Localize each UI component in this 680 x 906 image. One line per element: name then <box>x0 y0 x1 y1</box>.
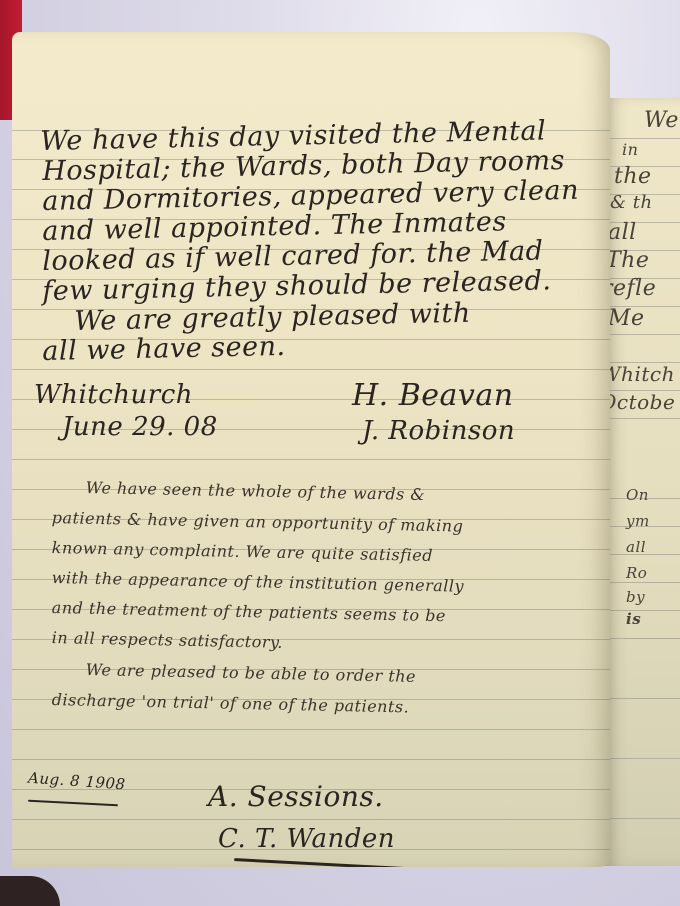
entry-2-line: patients & have given an opportunity of … <box>52 508 464 536</box>
facing-fragment: ym <box>626 512 650 530</box>
facing-fragment: Ro <box>626 564 647 582</box>
facing-page: We in the & th all The refle Me Whitch O… <box>604 98 680 866</box>
signature-j-robinson: J. Robinson <box>362 416 515 446</box>
entry-2-line: and the treatment of the patients seems … <box>52 598 446 625</box>
facing-fragment: & th <box>610 192 653 213</box>
facing-fragment: all <box>626 538 646 556</box>
facing-fragment: in <box>622 140 638 159</box>
entry-1-date: June 29. 08 <box>62 412 218 442</box>
entry-1-place: Whitchurch <box>34 380 193 410</box>
entry-2-line: in all respects satisfactory. <box>52 628 284 652</box>
entry-2-line: known any complaint. We are quite satisf… <box>52 538 434 565</box>
entry-1-line: all we have seen. <box>42 331 286 367</box>
date-underline <box>28 800 118 807</box>
entry-2-line: discharge 'on trial' of one of the patie… <box>52 690 410 716</box>
entry-2-line: We are pleased to be able to order the <box>86 660 417 686</box>
facing-fragment: On <box>626 486 649 504</box>
facing-fragment: refle <box>604 276 656 301</box>
ledger-page: We have this day visited the Mental Hosp… <box>12 32 610 867</box>
signature-underline <box>234 858 460 867</box>
facing-fragment: We <box>644 108 679 133</box>
facing-fragment: Octobe <box>604 390 675 414</box>
entry-2-line: with the appearance of the institution g… <box>52 568 465 596</box>
signature-h-beavan: H. Beavan <box>352 378 514 413</box>
entry-2-line: We have seen the whole of the wards & <box>86 478 426 504</box>
facing-fragment: all <box>608 220 637 245</box>
facing-fragment: is <box>626 610 641 628</box>
signature-a-sessions: A. Sessions. <box>208 780 384 813</box>
facing-fragment: Me <box>608 306 645 331</box>
signature-ct-wanden: C. T. Wanden <box>218 824 395 854</box>
facing-fragment: The <box>606 248 649 273</box>
facing-fragment: the <box>614 164 652 189</box>
facing-fragment: Whitch <box>604 362 675 386</box>
facing-fragment: by <box>626 588 645 606</box>
